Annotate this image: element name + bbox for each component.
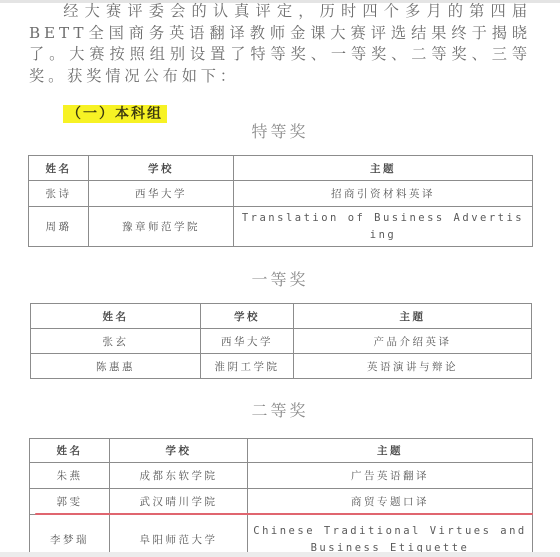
cell-topic: Chinese Traditional Virtues and Business… [248,515,533,557]
cell-topic: 招商引资材料英译 [234,181,533,207]
table-row: 郭雯 武汉晴川学院 商贸专题口译 [30,489,533,515]
table-row: 陈惠惠 淮阴工学院 英语演讲与辩论 [31,354,532,379]
column-header-name: 姓名 [30,439,110,463]
award-heading-first: 一等奖 [0,267,560,290]
cell-topic: 商贸专题口译 [248,489,533,515]
cell-name: 朱燕 [30,463,110,489]
column-header-school: 学校 [201,304,294,329]
table-header-row: 姓名 学校 主题 [31,304,532,329]
cell-name: 陈惠惠 [31,354,201,379]
table-row: 张诗 西华大学 招商引资材料英译 [29,181,533,207]
cell-topic: Translation of Business Advertising [234,207,533,247]
cell-school: 武汉晴川学院 [110,489,248,515]
column-header-name: 姓名 [31,304,201,329]
cell-school: 淮阴工学院 [201,354,294,379]
bottom-edge-bar [0,552,560,557]
cell-school: 西华大学 [89,181,234,207]
award-table-grand: 姓名 学校 主题 张诗 西华大学 招商引资材料英译 周璐 豫章师范学院 Tran… [28,155,533,247]
intro-text: 经大赛评委会的认真评定，历时四个多月的第四届BETT全国商务英语翻译教师金课大赛… [29,2,531,85]
cell-school: 成都东软学院 [110,463,248,489]
cell-name: 周璐 [29,207,89,247]
column-header-topic: 主题 [234,156,533,181]
cell-name: 张玄 [31,329,201,354]
cell-topic: 广告英语翻译 [248,463,533,489]
table-row: 周璐 豫章师范学院 Translation of Business Advert… [29,207,533,247]
cell-topic: 产品介绍英译 [294,329,532,354]
column-header-topic: 主题 [248,439,533,463]
award-table-second: 姓名 学校 主题 朱燕 成都东软学院 广告英语翻译 郭雯 武汉晴川学院 商贸专题… [29,438,533,557]
table-row: 李梦瑞 阜阳师范大学 Chinese Traditional Virtues a… [30,515,533,557]
table-header-row: 姓名 学校 主题 [29,156,533,181]
award-table-first: 姓名 学校 主题 张玄 西华大学 产品介绍英译 陈惠惠 淮阴工学院 英语演讲与辩… [30,303,532,379]
cell-name: 李梦瑞 [30,515,110,557]
table-row: 张玄 西华大学 产品介绍英译 [31,329,532,354]
table-row: 朱燕 成都东软学院 广告英语翻译 [30,463,533,489]
cell-school: 西华大学 [201,329,294,354]
column-header-topic: 主题 [294,304,532,329]
column-header-name: 姓名 [29,156,89,181]
red-annotation-line [35,513,533,515]
column-header-school: 学校 [89,156,234,181]
cell-school: 豫章师范学院 [89,207,234,247]
cell-school: 阜阳师范大学 [110,515,248,557]
column-header-school: 学校 [110,439,248,463]
intro-paragraph: 经大赛评委会的认真评定，历时四个多月的第四届BETT全国商务英语翻译教师金课大赛… [29,1,531,87]
award-heading-second: 二等奖 [0,398,560,421]
table-header-row: 姓名 学校 主题 [30,439,533,463]
cell-topic: 英语演讲与辩论 [294,354,532,379]
award-heading-grand: 特等奖 [0,119,560,142]
cell-name: 郭雯 [30,489,110,515]
cell-name: 张诗 [29,181,89,207]
